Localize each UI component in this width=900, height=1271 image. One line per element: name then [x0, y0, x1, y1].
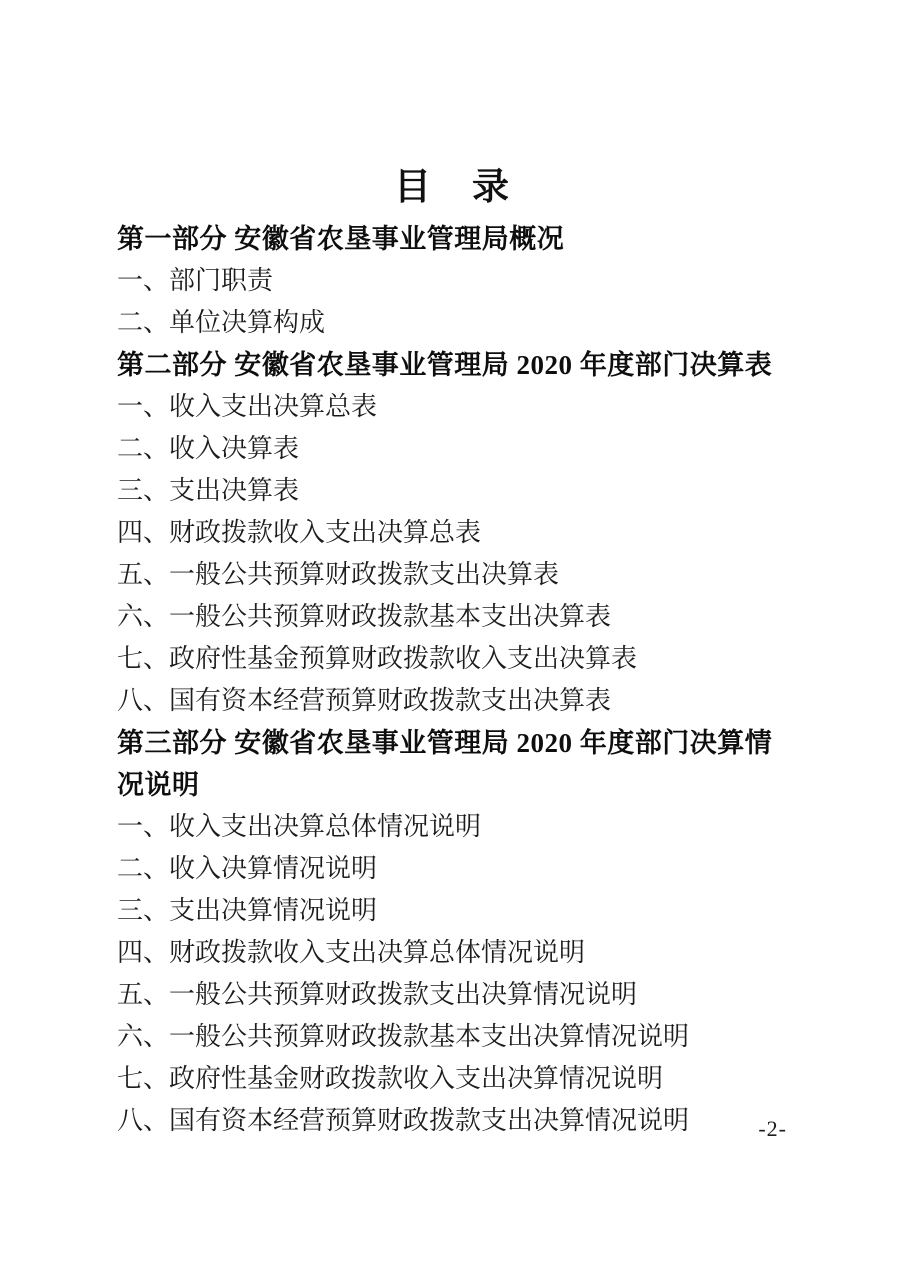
toc-item: 一、部门职责 — [117, 260, 788, 302]
page-number: -2- — [758, 1116, 787, 1142]
section-1-heading: 第一部分 安徽省农垦事业管理局概况 — [117, 218, 788, 260]
toc-item: 二、收入决算情况说明 — [117, 848, 788, 890]
toc-item: 六、一般公共预算财政拨款基本支出决算表 — [117, 596, 788, 638]
toc-item: 六、一般公共预算财政拨款基本支出决算情况说明 — [117, 1016, 788, 1058]
section-2-heading: 第二部分 安徽省农垦事业管理局 2020 年度部门决算表 — [117, 344, 788, 386]
page-title: 目 录 — [117, 158, 788, 218]
toc-item: 三、支出决算表 — [117, 470, 788, 512]
toc-item: 八、国有资本经营预算财政拨款支出决算表 — [117, 680, 788, 722]
toc-item: 五、一般公共预算财政拨款支出决算情况说明 — [117, 974, 788, 1016]
toc-item: 二、单位决算构成 — [117, 302, 788, 344]
toc-item: 二、收入决算表 — [117, 428, 788, 470]
section-3-heading: 第三部分 安徽省农垦事业管理局 2020 年度部门决算情况说明 — [117, 722, 788, 806]
toc-item: 三、支出决算情况说明 — [117, 890, 788, 932]
toc-item: 一、收入支出决算总表 — [117, 386, 788, 428]
toc-item: 四、财政拨款收入支出决算总表 — [117, 512, 788, 554]
toc-content: 目 录 第一部分 安徽省农垦事业管理局概况 一、部门职责 二、单位决算构成 第二… — [117, 158, 788, 1142]
document-page: 目 录 第一部分 安徽省农垦事业管理局概况 一、部门职责 二、单位决算构成 第二… — [0, 0, 900, 1271]
toc-item: 一、收入支出决算总体情况说明 — [117, 806, 788, 848]
toc-item: 七、政府性基金财政拨款收入支出决算情况说明 — [117, 1058, 788, 1100]
toc-item: 四、财政拨款收入支出决算总体情况说明 — [117, 932, 788, 974]
toc-item: 五、一般公共预算财政拨款支出决算表 — [117, 554, 788, 596]
toc-item: 八、国有资本经营预算财政拨款支出决算情况说明 — [117, 1100, 788, 1142]
toc-item: 七、政府性基金预算财政拨款收入支出决算表 — [117, 638, 788, 680]
